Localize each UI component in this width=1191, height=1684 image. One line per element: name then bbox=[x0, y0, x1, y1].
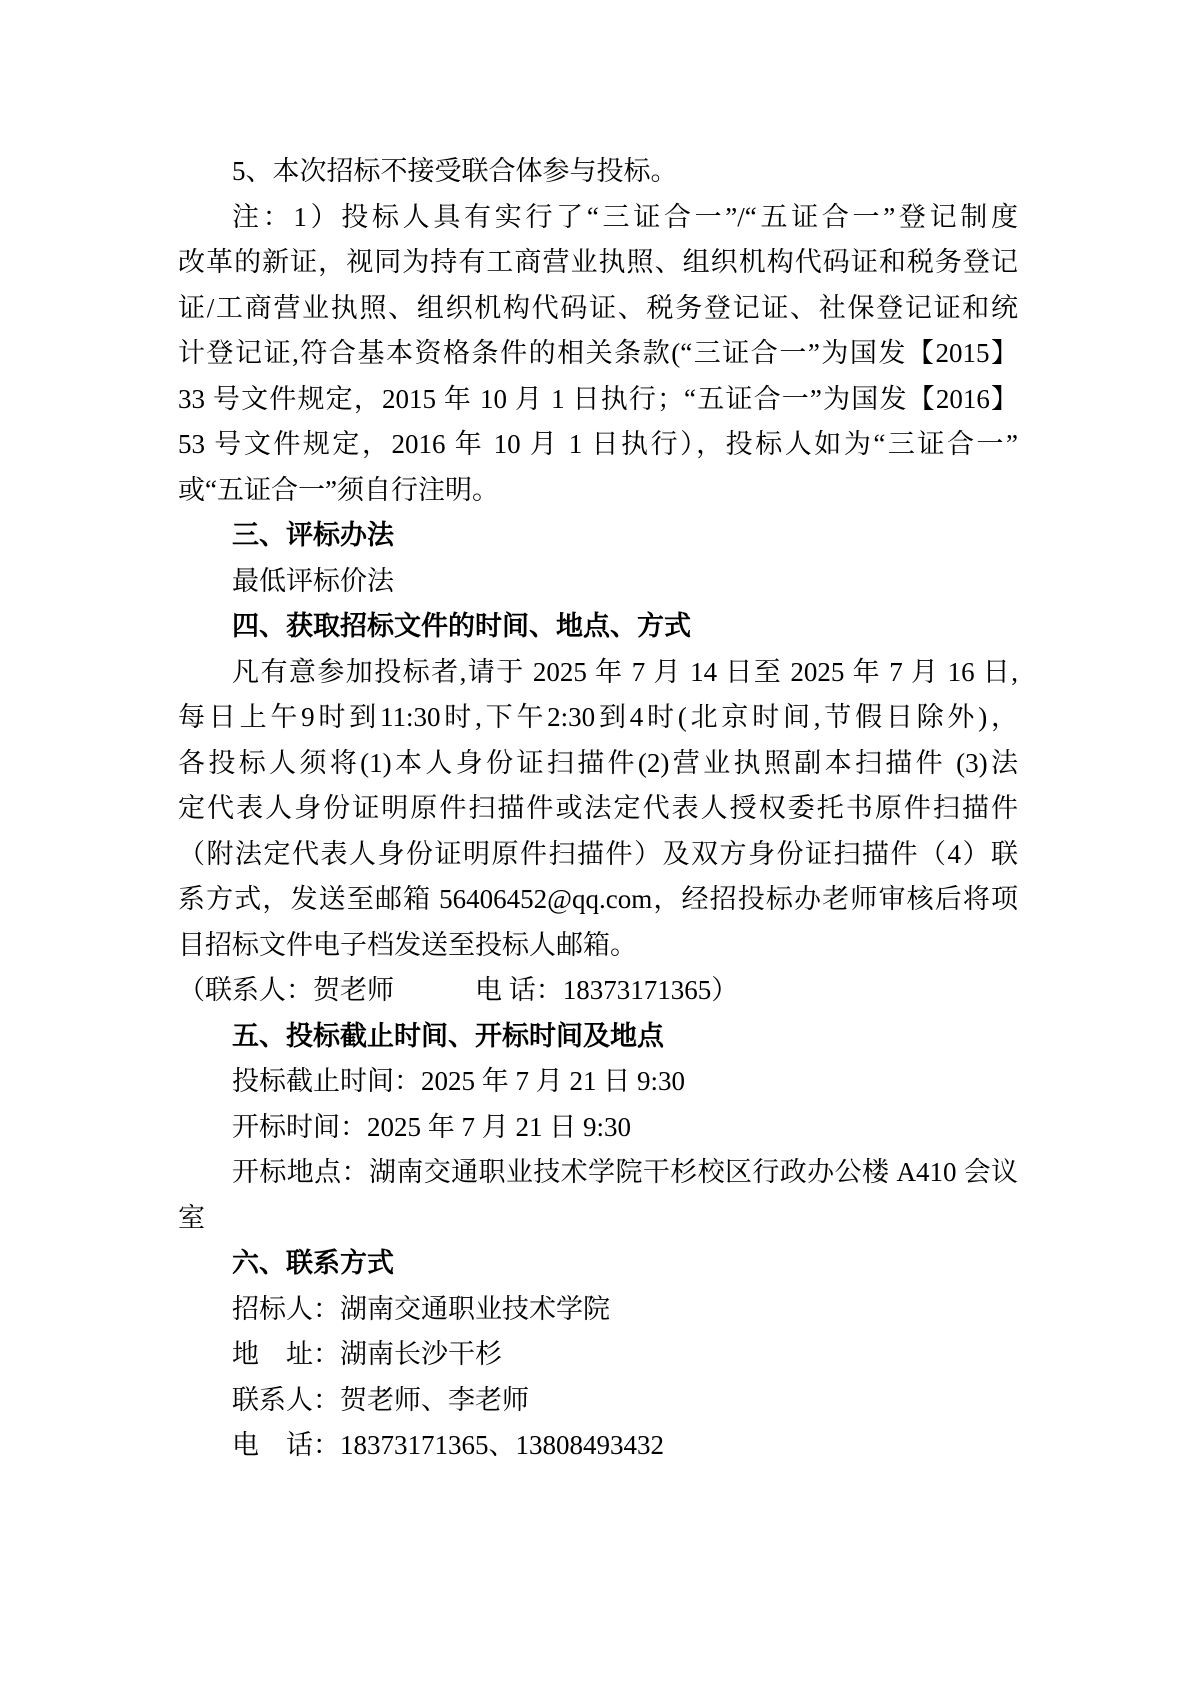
line-obtain-docs-7: 目招标文件电子档发送至投标人邮箱。 bbox=[178, 923, 1018, 969]
line-obtain-docs-1: 凡有意参加投标者,请于 2025 年 7 月 14 日至 2025 年 7 月 … bbox=[178, 650, 1018, 696]
line-note-3: 证/工商营业执照、组织机构代码证、税务登记证、社保登记证和统 bbox=[178, 286, 1018, 332]
line-note-2: 改革的新证，视同为持有工商营业执照、组织机构代码证和税务登记 bbox=[178, 240, 1018, 286]
line-opening-time: 开标时间：2025 年 7 月 21 日 9:30 bbox=[178, 1105, 1018, 1151]
line-opening-location: 开标地点：湖南交通职业技术学院干杉校区行政办公楼 A410 会议 bbox=[178, 1150, 1018, 1196]
line-phones: 电 话：18373171365、13808493432 bbox=[178, 1423, 1018, 1469]
line-bid-deadline: 投标截止时间：2025 年 7 月 21 日 9:30 bbox=[178, 1059, 1018, 1105]
heading-section-3: 三、评标办法 bbox=[178, 513, 1018, 559]
line-clause-5: 5、本次招标不接受联合体参与投标。 bbox=[178, 149, 1018, 195]
line-note-1: 注：1）投标人具有实行了“三证合一”/“五证合一”登记制度 bbox=[178, 195, 1018, 241]
line-address: 地 址：湖南长沙干杉 bbox=[178, 1332, 1018, 1378]
heading-section-6: 六、联系方式 bbox=[178, 1241, 1018, 1287]
line-obtain-docs-2: 每日上午9时到11:30时,下午2:30到4时(北京时间,节假日除外)， bbox=[178, 695, 1018, 741]
line-obtain-docs-4: 定代表人身份证明原件扫描件或法定代表人授权委托书原件扫描件 bbox=[178, 786, 1018, 832]
line-note-5: 33 号文件规定，2015 年 10 月 1 日执行；“五证合一”为国发【201… bbox=[178, 377, 1018, 423]
heading-section-4: 四、获取招标文件的时间、地点、方式 bbox=[178, 604, 1018, 650]
line-contacts: 联系人：贺老师、李老师 bbox=[178, 1378, 1018, 1424]
line-evaluation-method: 最低评标价法 bbox=[178, 559, 1018, 605]
line-note-4: 计登记证,符合基本资格条件的相关条款(“三证合一”为国发【2015】 bbox=[178, 331, 1018, 377]
line-tenderee: 招标人：湖南交通职业技术学院 bbox=[178, 1287, 1018, 1333]
line-note-7: 或“五证合一”须自行注明。 bbox=[178, 468, 1018, 514]
line-obtain-docs-3: 各投标人须将(1)本人身份证扫描件(2)营业执照副本扫描件 (3)法 bbox=[178, 741, 1018, 787]
line-obtain-docs-5: （附法定代表人身份证明原件扫描件）及双方身份证扫描件（4）联 bbox=[178, 832, 1018, 878]
document-page: 5、本次招标不接受联合体参与投标。 注：1）投标人具有实行了“三证合一”/“五证… bbox=[0, 0, 1191, 1684]
line-obtain-docs-6: 系方式，发送至邮箱 56406452@qq.com，经招投标办老师审核后将项 bbox=[178, 877, 1018, 923]
line-note-6: 53 号文件规定，2016 年 10 月 1 日执行），投标人如为“三证合一” bbox=[178, 422, 1018, 468]
line-opening-location-cont: 室 bbox=[178, 1196, 1018, 1242]
line-contact-inline: （联系人：贺老师 电 话：18373171365） bbox=[178, 968, 1018, 1014]
heading-section-5: 五、投标截止时间、开标时间及地点 bbox=[178, 1014, 1018, 1060]
